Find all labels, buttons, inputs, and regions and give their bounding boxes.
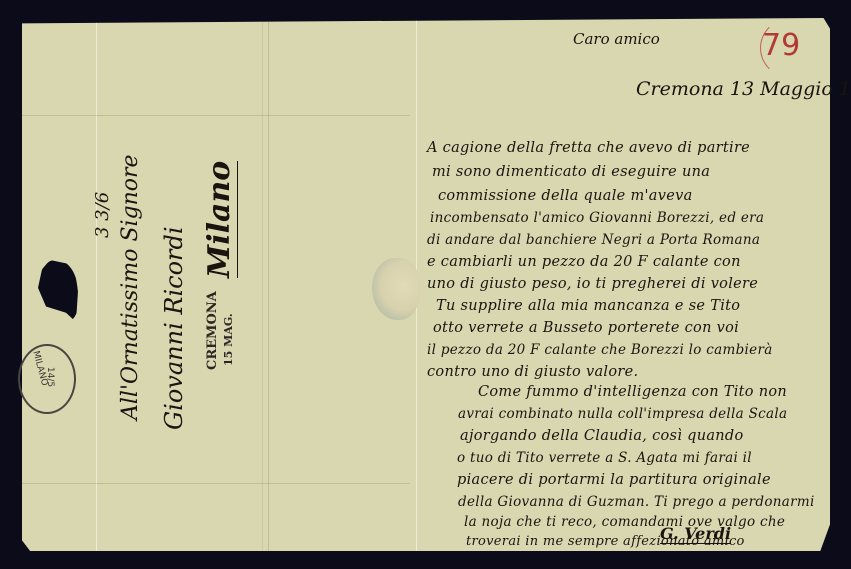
fold-line (262, 18, 263, 551)
greeting: Caro amico (573, 30, 660, 48)
body-line: piacere di portarmi la partitura origina… (457, 472, 771, 488)
address-note: 3 3/6 (92, 192, 113, 238)
fold-line (22, 483, 410, 484)
fold-line (268, 18, 269, 551)
body-line: commissione della quale m'aveva (438, 188, 693, 204)
body-line: ajorgando della Claudia, così quando (460, 428, 744, 444)
fold-line (22, 115, 410, 116)
wax-seal-mark (372, 258, 420, 320)
body-line: della Giovanna di Guzman. Ti prego a per… (458, 494, 815, 510)
body-line: contro uno di giusto valore. (427, 364, 638, 380)
postmark-date: 14/5 (45, 367, 55, 387)
body-line: mi sono dimenticato di eseguire una (432, 164, 710, 180)
body-line: avrai combinato nulla coll'impresa della… (458, 406, 787, 422)
body-line: otto verrete a Busseto porterete con voi (433, 320, 739, 336)
body-line: la noja che ti reco, comandami ove valgo… (464, 514, 785, 530)
signature: G. Verdi (660, 524, 731, 544)
archive-number: 79 (762, 28, 800, 63)
body-line: Tu supplire alla mia mancanza e se Tito (436, 298, 740, 314)
round-postmark: MILANO 14/5 (18, 344, 76, 414)
postal-stamp-date: 15 MAG. (222, 313, 235, 366)
body-line: Come fummo d'intelligenza con Tito non (478, 384, 787, 400)
body-line: A cagione della fretta che avevo di part… (427, 140, 750, 156)
body-line: il pezzo da 20 F calante che Borezzi lo … (427, 342, 773, 358)
address-recipient: Giovanni Ricordi (160, 226, 188, 430)
postal-stamp-city: CREMONA (205, 291, 220, 370)
body-line: di andare dal banchiere Negri a Porta Ro… (427, 232, 760, 248)
body-line: o tuo di Tito verrete a S. Agata mi fara… (457, 450, 752, 466)
body-line: incombensato l'amico Giovanni Borezzi, e… (430, 210, 764, 226)
body-line: uno di giusto peso, io ti pregherei di v… (427, 276, 758, 292)
fold-line (96, 18, 97, 551)
address-city: Milano (202, 161, 238, 278)
address-line-1: All'Ornatissimo Signore (118, 154, 143, 420)
body-line: e cambiarli un pezzo da 20 F calante con (427, 254, 741, 270)
place-date: Cremona 13 Maggio 1852 (636, 78, 851, 100)
